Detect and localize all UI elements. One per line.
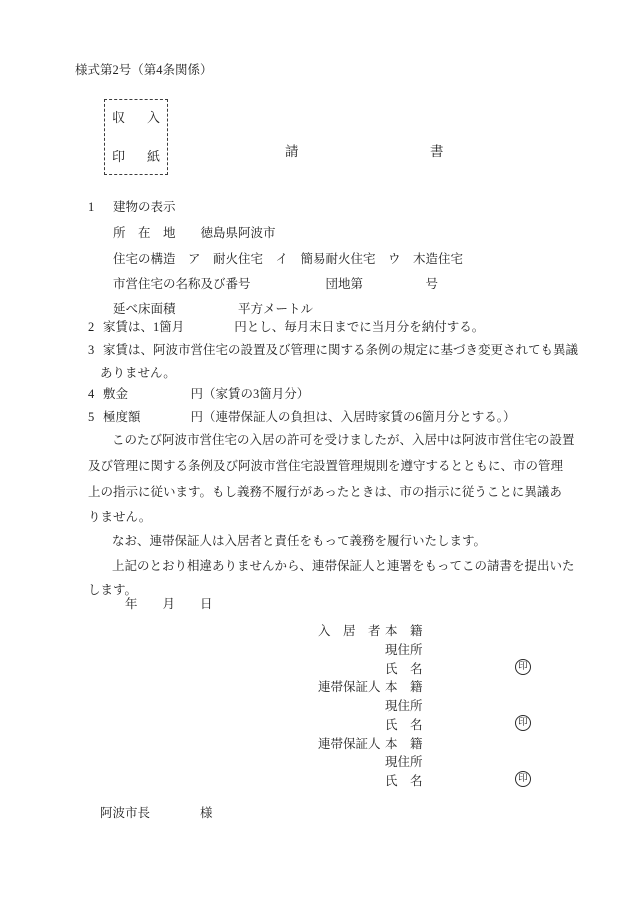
registered-domicile-label: 本 籍 bbox=[385, 624, 423, 638]
guarantor2-domicile-row: 連帯保証人本 籍 bbox=[318, 737, 423, 752]
rent-item-number: 2 bbox=[88, 320, 103, 335]
guarantor-label: 連帯保証人 bbox=[318, 680, 385, 695]
closing-paragraph-line-1: 上記のとおり相違ありませんから、連帯保証人と連署をもってこの請書を提出いた bbox=[112, 559, 575, 574]
registered-domicile-label: 本 籍 bbox=[385, 680, 423, 694]
pledge-paragraph-line-1: このたび阿波市営住宅の入居の許可を受けましたが、入居中は阿波市営住宅の設置 bbox=[112, 433, 575, 448]
guarantor1-name-row: 氏 名印 bbox=[318, 718, 423, 733]
name-label: 氏 名 bbox=[385, 662, 423, 676]
guarantor2-address-row: 現住所 bbox=[318, 755, 423, 770]
guarantor1-address-row: 現住所 bbox=[318, 699, 423, 714]
seal-icon: 印 bbox=[515, 715, 531, 731]
ukesho-form-page: 様式第2号（第4条関係） 収 入 印 紙 請 書 1建物の表示 所 在 地 徳島… bbox=[0, 0, 630, 903]
pledge-paragraph-line-2: 及び管理に関する条例及び阿波市営住宅設置管理規則を遵守するとともに、市の管理 bbox=[88, 459, 563, 474]
max-liability-item: 5極度額 円（連帯保証人の負担は、入居時家賃の6箇月分とする。） bbox=[88, 410, 516, 425]
form-number: 様式第2号（第4条関係） bbox=[75, 63, 213, 78]
stamp-char-shu: 収 bbox=[112, 111, 125, 124]
registered-domicile-label: 本 籍 bbox=[385, 737, 423, 751]
current-address-label: 現住所 bbox=[385, 755, 423, 769]
stamp-char-nyu: 入 bbox=[147, 111, 160, 124]
building-floor-area-line: 延べ床面積 平方メートル bbox=[113, 302, 313, 317]
building-section-heading-label: 建物の表示 bbox=[113, 200, 176, 214]
name-label: 氏 名 bbox=[385, 774, 423, 788]
building-section-number: 1 bbox=[88, 200, 113, 215]
deposit-item-number: 4 bbox=[88, 387, 103, 402]
rent-item: 2家賃は、1箇月 円とし、毎月末日までに当月分を納付する。 bbox=[88, 320, 484, 335]
rent-change-item-line2: ありません。 bbox=[100, 366, 176, 381]
stamp-box-row-bottom: 印 紙 bbox=[112, 150, 160, 163]
stamp-char-in: 印 bbox=[112, 150, 125, 163]
title-char-uke: 請 bbox=[285, 140, 299, 160]
pledge-paragraph-line-4: りません。 bbox=[88, 510, 151, 525]
closing-paragraph-line-2: します。 bbox=[88, 583, 137, 598]
resident-address-row: 現住所 bbox=[318, 643, 423, 658]
guarantor-label: 連帯保証人 bbox=[318, 737, 385, 752]
deposit-item: 4敷金 円（家賃の3箇月分） bbox=[88, 387, 309, 402]
deposit-item-text: 敷金 円（家賃の3箇月分） bbox=[103, 387, 309, 401]
max-liability-item-text: 極度額 円（連帯保証人の負担は、入居時家賃の6箇月分とする。） bbox=[103, 410, 516, 424]
building-name-number-line: 市営住宅の名称及び番号 団地第 号 bbox=[113, 277, 438, 292]
pledge-paragraph-line-3: 上の指示に従います。もし義務不履行があったときは、市の指示に従うことに異議あ bbox=[88, 485, 562, 500]
rent-item-text: 家賃は、1箇月 円とし、毎月末日までに当月分を納付する。 bbox=[103, 320, 484, 334]
max-liability-item-number: 5 bbox=[88, 410, 103, 425]
resident-name-row: 氏 名印 bbox=[318, 662, 423, 677]
building-section-heading: 1建物の表示 bbox=[88, 200, 176, 215]
building-structure-line: 住宅の構造 ア 耐火住宅 イ 簡易耐火住宅 ウ 木造住宅 bbox=[113, 252, 463, 267]
current-address-label: 現住所 bbox=[385, 699, 423, 713]
resident-label: 入 居 者 bbox=[318, 624, 385, 639]
resident-domicile-row: 入 居 者本 籍 bbox=[318, 624, 423, 639]
current-address-label: 現住所 bbox=[385, 643, 423, 657]
revenue-stamp-box: 収 入 印 紙 bbox=[104, 99, 168, 175]
guarantor2-name-row: 氏 名印 bbox=[318, 774, 423, 789]
guarantor-note: なお、連帯保証人は入居者と責任をもって義務を履行いたします。 bbox=[112, 534, 486, 549]
rent-change-item-line1: 家賃は、阿波市営住宅の設置及び管理に関する条例の規定に基づき変更されても異議 bbox=[103, 343, 578, 357]
building-location-line: 所 在 地 徳島県阿波市 bbox=[113, 226, 276, 241]
stamp-box-row-top: 収 入 bbox=[112, 111, 160, 124]
rent-change-item: 3家賃は、阿波市営住宅の設置及び管理に関する条例の規定に基づき変更されても異議 bbox=[88, 343, 578, 358]
guarantor1-domicile-row: 連帯保証人本 籍 bbox=[318, 680, 423, 695]
seal-icon: 印 bbox=[515, 771, 531, 787]
stamp-char-shi: 紙 bbox=[147, 150, 160, 163]
addressee: 阿波市長 様 bbox=[100, 806, 213, 821]
date-line: 年 月 日 bbox=[125, 597, 213, 612]
name-label: 氏 名 bbox=[385, 718, 423, 732]
seal-icon: 印 bbox=[515, 659, 531, 675]
title-char-sho: 書 bbox=[430, 140, 444, 160]
rent-change-item-number: 3 bbox=[88, 343, 103, 358]
